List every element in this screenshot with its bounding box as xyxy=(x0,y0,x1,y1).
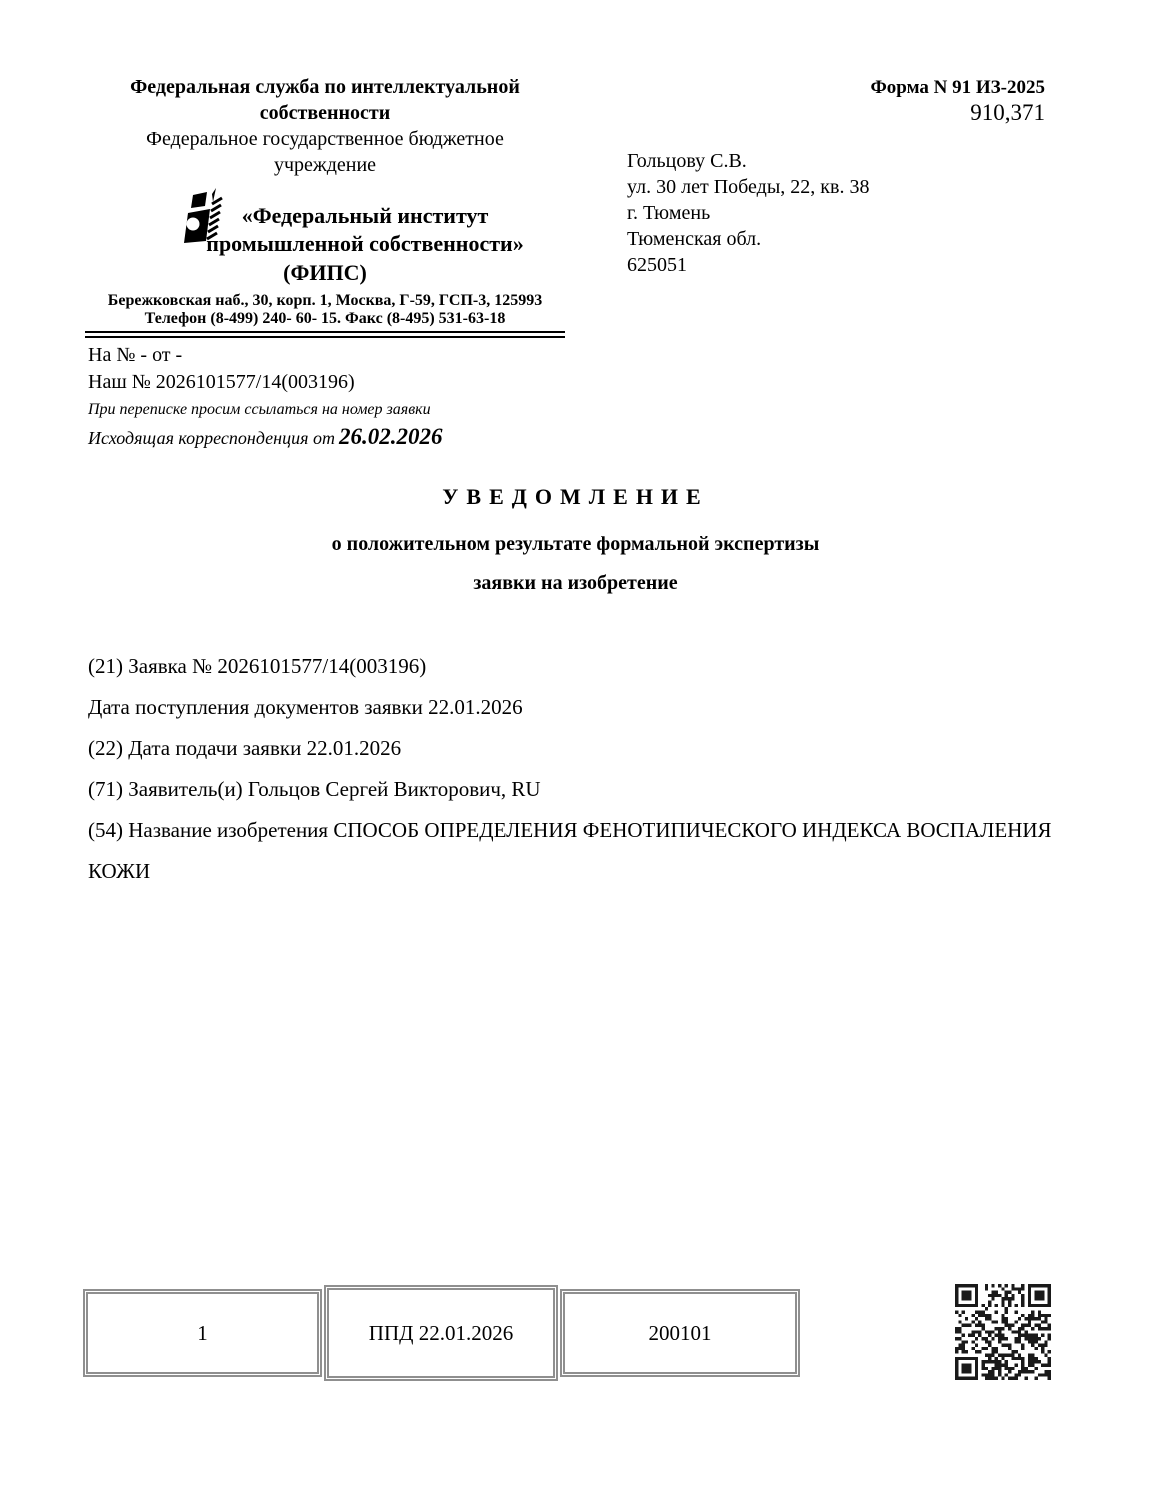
documents-received-line: Дата поступления документов заявки 22.01… xyxy=(88,687,1078,728)
sender-phone: Телефон (8-499) 240- 60- 15. Факс (8-495… xyxy=(85,310,565,328)
recipient-name: Гольцову С.В. xyxy=(627,148,869,174)
institute-block: «Федеральный институт промышленной собст… xyxy=(85,202,565,287)
document-page: Федеральная служба по интеллектуальной с… xyxy=(0,0,1151,1500)
sender-institution-type: Федеральное государственное бюджетное уч… xyxy=(115,126,535,178)
form-label: Форма N 91 ИЗ-2025 xyxy=(870,76,1045,99)
recipient-postcode: 625051 xyxy=(627,252,869,278)
recipient-city: г. Тюмень xyxy=(627,200,869,226)
form-number: 910,371 xyxy=(870,99,1045,126)
reference-block: На № - от - Наш № 2026101577/14(003196) … xyxy=(88,342,442,450)
recipient-address: Гольцову С.В. ул. 30 лет Победы, 22, кв.… xyxy=(627,148,869,278)
document-subtitle-1: о положительном результате формальной эк… xyxy=(0,531,1151,557)
outgoing-correspondence: Исходящая корреспонденция от 26.02.2026 xyxy=(88,424,442,450)
footer-cell-page: 1 xyxy=(83,1289,322,1377)
recipient-region: Тюменская обл. xyxy=(627,226,869,252)
footer-cell-code: 200101 xyxy=(560,1289,800,1377)
institute-abbr: (ФИПС) xyxy=(85,259,565,287)
form-block: Форма N 91 ИЗ-2025 910,371 xyxy=(870,76,1045,126)
title-block: УВЕДОМЛЕНИЕ о положительном результате ф… xyxy=(0,484,1151,596)
filing-date-line: (22) Дата подачи заявки 22.01.2026 xyxy=(88,728,1078,769)
incoming-ref: На № - от - xyxy=(88,342,442,369)
letterhead: Федеральная служба по интеллектуальной с… xyxy=(85,74,565,338)
applicant-line: (71) Заявитель(и) Гольцов Сергей Викторо… xyxy=(88,769,1078,810)
sender-address: Бережковская наб., 30, корп. 1, Москва, … xyxy=(85,292,565,310)
institute-name: «Федеральный институт промышленной собст… xyxy=(170,202,560,258)
document-title: УВЕДОМЛЕНИЕ xyxy=(0,484,1151,510)
application-number-line: (21) Заявка № 2026101577/14(003196) xyxy=(88,646,1078,687)
recipient-street: ул. 30 лет Победы, 22, кв. 38 xyxy=(627,174,869,200)
qr-code xyxy=(955,1284,1051,1380)
letterhead-divider xyxy=(85,331,565,338)
body-block: (21) Заявка № 2026101577/14(003196) Дата… xyxy=(88,646,1078,892)
document-subtitle-2: заявки на изобретение xyxy=(0,570,1151,596)
reference-note: При переписке просим ссылаться на номер … xyxy=(88,400,442,419)
our-ref: Наш № 2026101577/14(003196) xyxy=(88,369,442,396)
footer-cell-ppd-date: ППД 22.01.2026 xyxy=(324,1285,558,1381)
outgoing-label: Исходящая корреспонденция от xyxy=(88,428,335,448)
sender-service-name: Федеральная служба по интеллектуальной с… xyxy=(85,74,565,126)
invention-title-line: (54) Название изобретения СПОСОБ ОПРЕДЕЛ… xyxy=(88,810,1078,892)
fips-logo-icon xyxy=(180,188,224,246)
footer-table: 1 ППД 22.01.2026 200101 xyxy=(83,1284,800,1382)
outgoing-date: 26.02.2026 xyxy=(339,424,443,449)
